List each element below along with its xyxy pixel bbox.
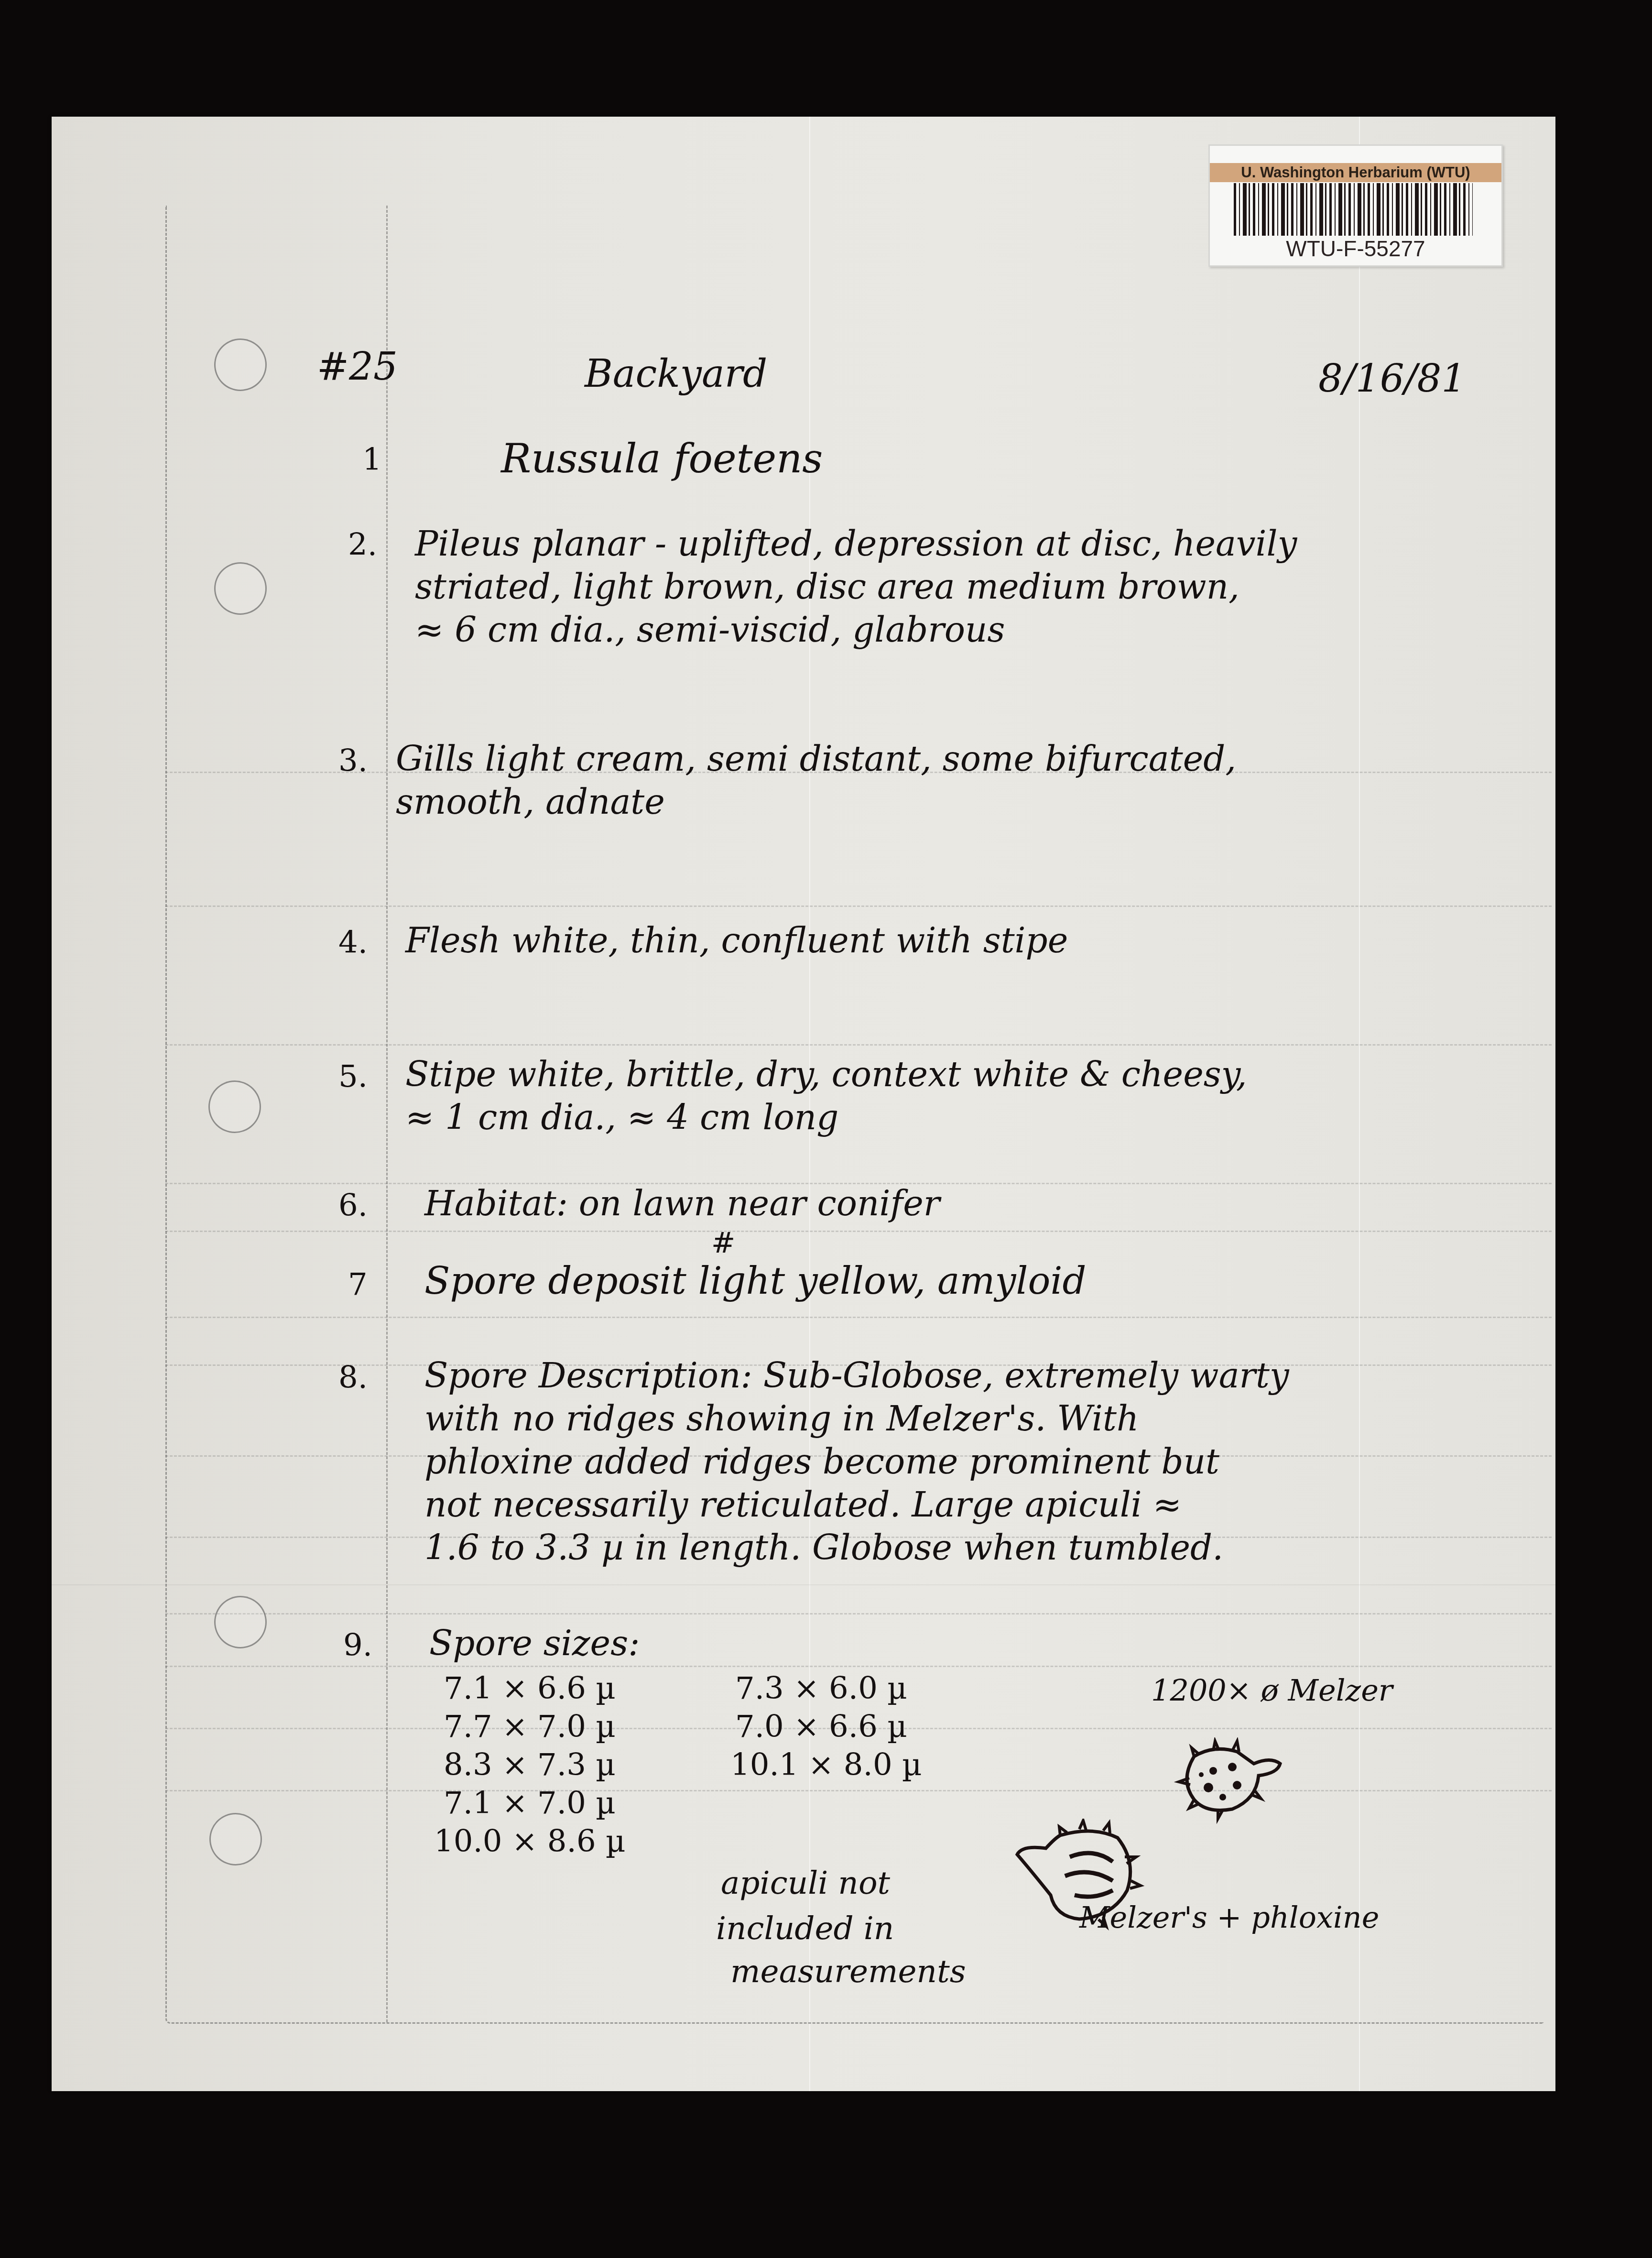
institution-name: U. Washington Herbarium (WTU) [1210, 163, 1501, 182]
flesh-line: Flesh white, thin, confluent with stipe [405, 920, 1068, 961]
ruled-line [165, 1666, 1552, 1667]
spore-description-line: Spore Description: Sub-Globose, extremel… [424, 1355, 1289, 1396]
collection-location: Backyard [585, 351, 767, 397]
magnification-note: 1200× ø Melzer [1151, 1673, 1392, 1708]
item-number: 2. [348, 527, 377, 564]
apiculi-note-line: apiculi not [721, 1864, 890, 1902]
habitat-line: Habitat: on lawn near conifer [424, 1183, 940, 1224]
spore-drawing-icon [1161, 1737, 1304, 1833]
spore-size-value: 7.0 × 6.6 µ [735, 1709, 907, 1745]
punch-hole [208, 1080, 261, 1133]
collection-date: 8/16/81 [1318, 356, 1466, 402]
ruled-line [165, 1613, 1552, 1614]
ruled-line [165, 1231, 1552, 1232]
item-number: 7 [348, 1266, 368, 1303]
item-number: 1 [362, 442, 382, 479]
apiculi-note-line: included in [716, 1909, 894, 1947]
spore-size-value: 7.1 × 6.6 µ [444, 1670, 616, 1707]
punch-hole [214, 338, 267, 391]
ruled-line [165, 1790, 1552, 1791]
punch-hole [214, 1596, 267, 1648]
spore-size-value: 8.3 × 7.3 µ [444, 1747, 616, 1784]
spore-description-line: 1.6 to 3.3 µ in length. Globose when tum… [424, 1527, 1223, 1568]
field-notes-sheet: U. Washington Herbarium (WTU) WTU-F-5527… [52, 117, 1555, 2091]
drawing-caption: Melzer's + phloxine [1079, 1900, 1379, 1935]
spore-size-value: 7.7 × 7.0 µ [444, 1709, 616, 1745]
barcode-icon [1234, 183, 1473, 236]
pileus-line: ≈ 6 cm dia., semi-viscid, glabrous [415, 609, 1005, 650]
insert-mark: # [711, 1226, 735, 1260]
item-number: 4. [338, 925, 368, 961]
punch-hole [209, 1813, 262, 1865]
ruled-line [165, 905, 1552, 907]
gills-line: Gills light cream, semi distant, some bi… [396, 738, 1236, 779]
spore-deposit-line: Spore deposit light yellow, amyloid [424, 1259, 1086, 1304]
spore-sizes-heading: Spore sizes: [429, 1623, 640, 1664]
herbarium-barcode-label: U. Washington Herbarium (WTU) WTU-F-5527… [1208, 144, 1503, 267]
punch-hole [214, 562, 267, 615]
spore-description-line: phloxine added ridges become prominent b… [424, 1441, 1219, 1482]
item-number: 8. [338, 1360, 368, 1396]
gills-line: smooth, adnate [396, 781, 665, 822]
item-number: 5. [338, 1058, 368, 1095]
species-name: Russula foetens [501, 435, 823, 483]
spore-description-line: not necessarily reticulated. Large apicu… [424, 1484, 1182, 1525]
spore-description-line: with no ridges showing in Melzer's. With [424, 1398, 1139, 1439]
margin-line [386, 206, 388, 2022]
stipe-line: Stipe white, brittle, dry, context white… [405, 1054, 1247, 1095]
spore-size-value: 7.3 × 6.0 µ [735, 1670, 907, 1707]
collection-number: #25 [317, 344, 398, 390]
pileus-line: Pileus planar - uplifted, depression at … [415, 523, 1297, 564]
pileus-line: striated, light brown, disc area medium … [415, 566, 1239, 607]
item-number: 6. [338, 1188, 368, 1224]
item-number: 3. [338, 743, 368, 780]
item-number: 9. [343, 1627, 372, 1664]
ruled-line [165, 1044, 1552, 1046]
spore-size-value: 10.1 × 8.0 µ [730, 1747, 922, 1784]
stipe-line: ≈ 1 cm dia., ≈ 4 cm long [405, 1097, 838, 1138]
spore-size-value: 7.1 × 7.0 µ [444, 1785, 616, 1822]
specimen-id: WTU-F-55277 [1210, 236, 1501, 262]
spore-size-value: 10.0 × 8.6 µ [434, 1823, 626, 1860]
apiculi-note-line: measurements [730, 1953, 966, 1990]
ruled-line [165, 1317, 1552, 1318]
